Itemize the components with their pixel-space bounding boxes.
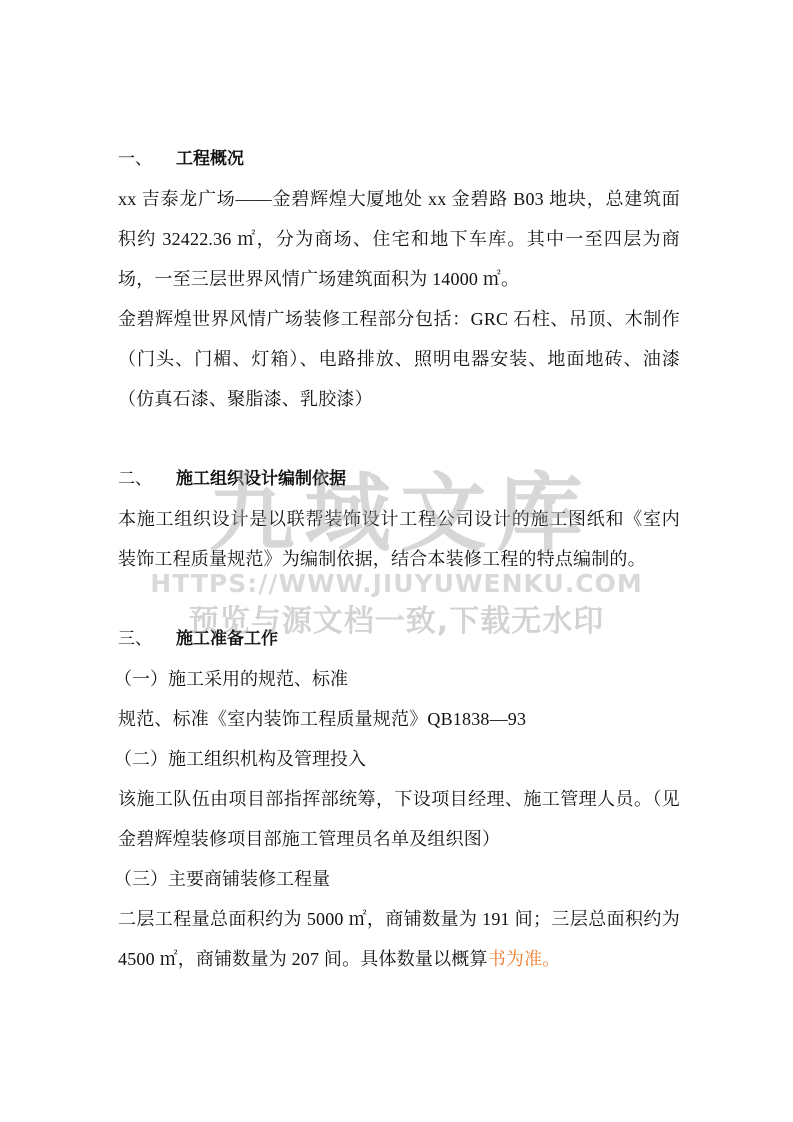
section-number: 二、 bbox=[118, 463, 176, 495]
section-number: 一、 bbox=[118, 143, 176, 175]
paragraph-design-basis: 本施工组织设计是以联帮装饰设计工程公司设计的施工图纸和《室内装饰工程质量规范》为… bbox=[118, 499, 680, 579]
quantities-highlight-text: 书为准。 bbox=[488, 949, 561, 969]
document-page: 一、 工程概况 xx 吉泰龙广场——金碧辉煌大厦地处 xx 金碧路 B03 地块… bbox=[118, 143, 680, 979]
subsection-title-standards: （一）施工采用的规范、标准 bbox=[114, 659, 680, 699]
subsection-title-quantities: （三）主要商铺装修工程量 bbox=[114, 859, 680, 899]
paragraph-scope-of-work: 金碧辉煌世界风情广场装修工程部分包括：GRC 石柱、吊顶、木制作（门头、门楣、灯… bbox=[118, 299, 680, 419]
paragraph-standards: 规范、标准《室内装饰工程质量规范》QB1838—93 bbox=[118, 699, 680, 739]
section-heading-design-basis: 二、 施工组织设计编制依据 bbox=[118, 463, 680, 495]
paragraph-quantities: 二层工程量总面积约为 5000 ㎡，商铺数量为 191 间；三层总面积约为 45… bbox=[118, 899, 680, 979]
section-title: 施工准备工作 bbox=[176, 623, 278, 655]
section-heading-overview: 一、 工程概况 bbox=[118, 143, 680, 175]
section-title: 施工组织设计编制依据 bbox=[176, 463, 346, 495]
paragraph-project-overview: xx 吉泰龙广场——金碧辉煌大厦地处 xx 金碧路 B03 地块，总建筑面积约 … bbox=[118, 179, 680, 299]
section-title: 工程概况 bbox=[176, 143, 244, 175]
section-heading-preparation: 三、 施工准备工作 bbox=[118, 623, 680, 655]
subsection-title-organization: （二）施工组织机构及管理投入 bbox=[114, 739, 680, 779]
section-number: 三、 bbox=[118, 623, 176, 655]
quantities-text: 二层工程量总面积约为 5000 ㎡，商铺数量为 191 间；三层总面积约为 45… bbox=[118, 909, 680, 969]
paragraph-organization: 该施工队伍由项目部指挥部统筹，下设项目经理、施工管理人员。（见金碧辉煌装修项目部… bbox=[118, 779, 680, 859]
